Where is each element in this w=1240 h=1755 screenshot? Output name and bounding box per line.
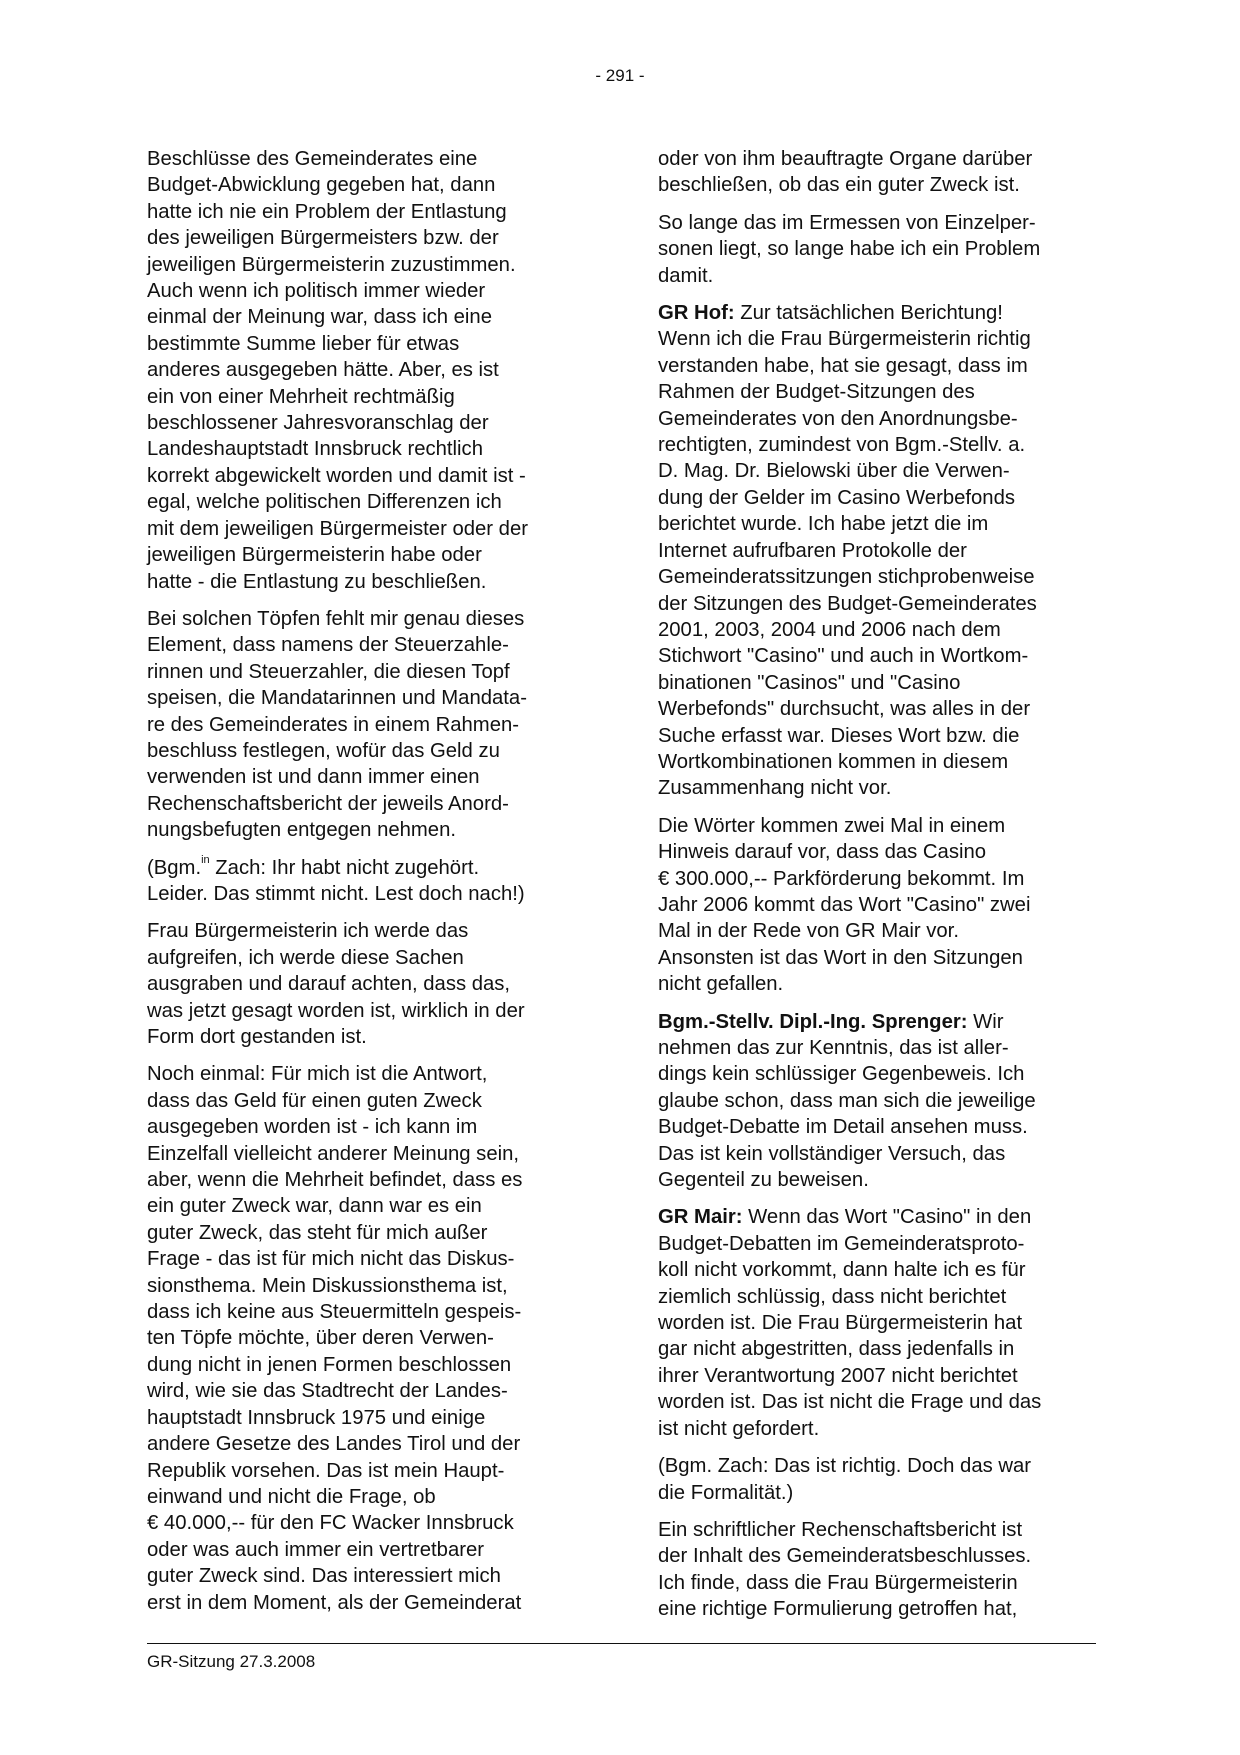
line: Frau Bürgermeisterin ich werde das [147,918,587,944]
speaker-name: GR Mair: [658,1206,743,1228]
line: GR Mair: Wenn das Wort "Casino" in den [658,1204,1098,1230]
line: Internet aufrufbaren Protokolle der [658,538,1098,564]
line: Budget-Debatten im Gemeinderatsproto- [658,1231,1098,1257]
line: Einzelfall vielleicht anderer Meinung se… [147,1141,587,1167]
paragraph: So lange das im Ermessen von Einzelper-s… [658,210,1098,289]
paragraph: Die Wörter kommen zwei Mal in einemHinwe… [658,813,1098,998]
paragraph: oder von ihm beauftragte Organe darüberb… [658,146,1098,199]
line: rechtigten, zumindest von Bgm.-Stellv. a… [658,432,1098,458]
line: dass ich keine aus Steuermitteln gespeis… [147,1299,587,1325]
line: Bgm.-Stellv. Dipl.-Ing. Sprenger: Wir [658,1009,1098,1035]
line: des jeweiligen Bürgermeisters bzw. der [147,225,587,251]
line: ein guter Zweck war, dann war es ein [147,1193,587,1219]
line: Leider. Das stimmt nicht. Lest doch nach… [147,881,587,907]
paragraph: Frau Bürgermeisterin ich werde dasaufgre… [147,918,587,1050]
line: Das ist kein vollständiger Versuch, das [658,1141,1098,1167]
line: Suche erfasst war. Dieses Wort bzw. die [658,723,1098,749]
line: bestimmte Summe lieber für etwas [147,331,587,357]
line: hauptstadt Innsbruck 1975 und einige [147,1405,587,1431]
line: Rechenschaftsbericht der jeweils Anord- [147,791,587,817]
line: erst in dem Moment, als der Gemeinderat [147,1590,587,1616]
line: nungsbefugten entgegen nehmen. [147,817,587,843]
line: 2001, 2003, 2004 und 2006 nach dem [658,617,1098,643]
line: Jahr 2006 kommt das Wort "Casino" zwei [658,892,1098,918]
line: Frage - das ist für mich nicht das Disku… [147,1246,587,1272]
line: GR Hof: Zur tatsächlichen Berichtung! [658,300,1098,326]
line: beschluss festlegen, wofür das Geld zu [147,738,587,764]
line: Bei solchen Töpfen fehlt mir genau diese… [147,606,587,632]
line: Mal in der Rede von GR Mair vor. [658,918,1098,944]
line: nehmen das zur Kenntnis, das ist aller- [658,1035,1098,1061]
line: ten Töpfe möchte, über deren Verwen- [147,1325,587,1351]
line: Republik vorsehen. Das ist mein Haupt- [147,1458,587,1484]
line: ausgraben und darauf achten, dass das, [147,971,587,997]
line: Ansonsten ist das Wort in den Sitzungen [658,945,1098,971]
line: Form dort gestanden ist. [147,1024,587,1050]
line: jeweiligen Bürgermeisterin zuzustimmen. [147,252,587,278]
line: sionsthema. Mein Diskussionsthema ist, [147,1273,587,1299]
line: Gemeinderates von den Anordnungsbe- [658,406,1098,432]
line: dings kein schlüssiger Gegenbeweis. Ich [658,1061,1098,1087]
speaker-name: GR Hof: [658,302,735,324]
line: worden ist. Das ist nicht die Frage und … [658,1389,1098,1415]
superscript: in [201,854,210,866]
line: aber, wenn die Mehrheit befindet, dass e… [147,1167,587,1193]
line: Ein schriftlicher Rechenschaftsbericht i… [658,1517,1098,1543]
line: der Sitzungen des Budget-Gemeinderates [658,591,1098,617]
line: anderes ausgegeben hätte. Aber, es ist [147,357,587,383]
line: worden ist. Die Frau Bürgermeisterin hat [658,1310,1098,1336]
interjection-zach: (Bgm. Zach: Das ist richtig. Doch das wa… [658,1453,1098,1506]
line: was jetzt gesagt worden ist, wirklich in… [147,998,587,1024]
line: jeweiligen Bürgermeisterin habe oder [147,542,587,568]
line: Rahmen der Budget-Sitzungen des [658,379,1098,405]
line: Werbefonds" durchsucht, was alles in der [658,696,1098,722]
line: € 40.000,-- für den FC Wacker Innsbruck [147,1510,587,1536]
line: der Inhalt des Gemeinderatsbeschlusses. [658,1543,1098,1569]
line: koll nicht vorkommt, dann halte ich es f… [658,1257,1098,1283]
line: glaube schon, dass man sich die jeweilig… [658,1088,1098,1114]
line: dung der Gelder im Casino Werbefonds [658,485,1098,511]
line: ihrer Verantwortung 2007 nicht berichtet [658,1363,1098,1389]
line: guter Zweck sind. Das interessiert mich [147,1563,587,1589]
paragraph: Beschlüsse des Gemeinderates eineBudget-… [147,146,587,595]
line: berichtet wurde. Ich habe jetzt die im [658,511,1098,537]
line: Beschlüsse des Gemeinderates eine [147,146,587,172]
line: korrekt abgewickelt worden und damit ist… [147,463,587,489]
line: Gegenteil zu beweisen. [658,1167,1098,1193]
line: aufgreifen, ich werde diese Sachen [147,945,587,971]
line: (Bgm. Zach: Das ist richtig. Doch das wa… [658,1453,1098,1479]
line: verstanden habe, hat sie gesagt, dass im [658,353,1098,379]
speech-gr-mair: GR Mair: Wenn das Wort "Casino" in den B… [658,1204,1098,1442]
line: dung nicht in jenen Formen beschlossen [147,1352,587,1378]
line: Wenn ich die Frau Bürgermeisterin richti… [658,326,1098,352]
line: einwand und nicht die Frage, ob [147,1484,587,1510]
line: ein von einer Mehrheit rechtmäßig [147,384,587,410]
line: binationen "Casinos" und "Casino [658,670,1098,696]
speech-sprenger: Bgm.-Stellv. Dipl.-Ing. Sprenger: Wir ne… [658,1009,1098,1194]
line: gar nicht abgestritten, dass jedenfalls … [658,1336,1098,1362]
page-number: - 291 - [0,66,1240,86]
line: dass das Geld für einen guten Zweck [147,1088,587,1114]
line: D. Mag. Dr. Bielowski über die Verwen- [658,458,1098,484]
line: Budget-Abwicklung gegeben hat, dann [147,172,587,198]
line: mit dem jeweiligen Bürgermeister oder de… [147,516,587,542]
paragraph: Bei solchen Töpfen fehlt mir genau diese… [147,606,587,844]
line: guter Zweck, das steht für mich außer [147,1220,587,1246]
speaker-name: Bgm.-Stellv. Dipl.-Ing. Sprenger: [658,1011,968,1033]
line: Gemeinderatssitzungen stichprobenweise [658,564,1098,590]
line: einmal der Meinung war, dass ich eine [147,304,587,330]
line: sonen liegt, so lange habe ich ein Probl… [658,236,1098,262]
line: die Formalität.) [658,1480,1098,1506]
line: beschließen, ob das ein guter Zweck ist. [658,172,1098,198]
line: Auch wenn ich politisch immer wieder [147,278,587,304]
line: Wortkombinationen kommen in diesem [658,749,1098,775]
line: nicht gefallen. [658,971,1098,997]
line: rinnen und Steuerzahler, die diesen Topf [147,659,587,685]
line: oder was auch immer ein vertretbarer [147,1537,587,1563]
line: Hinweis darauf vor, dass das Casino [658,839,1098,865]
line: Stichwort "Casino" und auch in Wortkom- [658,643,1098,669]
line: So lange das im Ermessen von Einzelper- [658,210,1098,236]
line: oder von ihm beauftragte Organe darüber [658,146,1098,172]
line: damit. [658,263,1098,289]
line: Die Wörter kommen zwei Mal in einem [658,813,1098,839]
line: eine richtige Formulierung getroffen hat… [658,1596,1098,1622]
line: Landeshauptstadt Innsbruck rechtlich [147,436,587,462]
line: (Bgm.in Zach: Ihr habt nicht zugehört. [147,855,587,881]
line: Noch einmal: Für mich ist die Antwort, [147,1061,587,1087]
line: beschlossener Jahresvoranschlag der [147,410,587,436]
speech-gr-hof: GR Hof: Zur tatsächlichen Berichtung! We… [658,300,1098,802]
interjection-zach: (Bgm.in Zach: Ihr habt nicht zugehört. L… [147,855,587,908]
line: ist nicht gefordert. [658,1416,1098,1442]
line: egal, welche politischen Differenzen ich [147,489,587,515]
line: andere Gesetze des Landes Tirol und der [147,1431,587,1457]
line: hatte ich nie ein Problem der Entlastung [147,199,587,225]
footer-session-date: GR-Sitzung 27.3.2008 [147,1652,315,1672]
line: Budget-Debatte im Detail ansehen muss. [658,1114,1098,1140]
line: Zusammenhang nicht vor. [658,775,1098,801]
left-column: Beschlüsse des Gemeinderates eineBudget-… [147,146,587,1627]
right-column: oder von ihm beauftragte Organe darüberb… [658,146,1098,1634]
line: ausgegeben worden ist - ich kann im [147,1114,587,1140]
line: Ich finde, dass die Frau Bürgermeisterin [658,1570,1098,1596]
footer-divider [147,1643,1096,1644]
line: ziemlich schlüssig, dass nicht berichtet [658,1284,1098,1310]
line: hatte - die Entlastung zu beschließen. [147,569,587,595]
line: € 300.000,-- Parkförderung bekommt. Im [658,866,1098,892]
paragraph: Ein schriftlicher Rechenschaftsbericht i… [658,1517,1098,1623]
line: verwenden ist und dann immer einen [147,764,587,790]
paragraph: Noch einmal: Für mich ist die Antwort,da… [147,1061,587,1616]
line: Element, dass namens der Steuerzahle- [147,632,587,658]
line: speisen, die Mandatarinnen und Mandata- [147,685,587,711]
line: wird, wie sie das Stadtrecht der Landes- [147,1378,587,1404]
line: re des Gemeinderates in einem Rahmen- [147,712,587,738]
